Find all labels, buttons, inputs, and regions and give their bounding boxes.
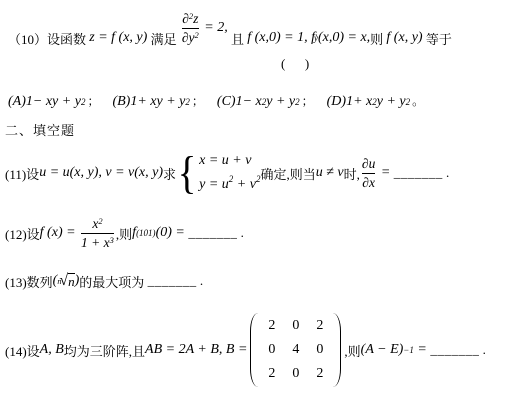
q11-case-row-2: y = u2 + v2 [199,174,260,193]
q14-matrix-b: 202040202 [250,313,341,387]
section-2-heading: 二、填空题 [5,119,75,139]
matrix-grid: 202040202 [259,313,332,387]
q11-determined-label: 确定,则当 [260,164,315,183]
q10-equals-two: = 2, [201,20,228,36]
option-c: (C)1− x2y + y2； [217,92,314,110]
q10-and-label: 且 [228,29,248,48]
q10-satisfies-label: 满足 [147,29,180,48]
q11-partial-fraction: ∂u∂x [362,155,375,191]
radical-sign: √ [59,272,68,290]
q10-condition-2: (x,0) = x, [318,30,370,46]
matrix-cell: 2 [268,366,275,382]
q10-answer-parentheses: ( ) [281,56,309,72]
q10-then-label: 则 [370,29,386,48]
q10-function-def: z = f (x, y) [89,30,147,46]
q14-period: . [479,342,486,358]
matrix-cell: 2 [268,318,275,334]
q11-equation-system: x = u + vy = u2 + v2 [199,153,260,193]
q11-uv-defs: u = u(x, y), v = v(x, y) [39,165,163,181]
option-b: (B)1+ xy + y2； [112,92,203,110]
q11-prefix: (11)设 [5,164,39,183]
q10-prefix: （10）设函数 [8,29,89,48]
matrix-cell: 0 [292,366,299,382]
option-c-separator: ； [302,92,314,109]
q12-frac-numerator: x2 [92,215,102,233]
question-10: （10）设函数 z = f (x, y) 满足 ∂2z∂y2 = 2, 且 f … [8,14,452,62]
q13-max-term-label: 的最大项为 [79,272,147,291]
q13-answer-blank: _______ [148,273,197,289]
option-d-separator: 。 [412,92,424,109]
q10-options: (A)1− xy + y2； (B)1+ xy + y2； (C)1− x2y … [8,88,437,114]
matrix-cell: 2 [316,318,323,334]
q12-fraction: x21 + x3 [81,215,114,251]
question-13: (13)数列(n√n)的最大项为 _______ . [5,268,203,294]
q11-solve-label: 求 [163,164,176,183]
q12-then-label: ,则 [116,224,132,243]
cases-brace: { [178,150,197,196]
q14-answer-blank: _______ [430,342,479,358]
q11-equals-sign: = [377,165,393,181]
q11-answer-blank: _______ [394,165,443,181]
q14-then-label: ,则 [344,341,360,360]
q14-matrix-equation: AB = 2A + B, B = [145,342,247,358]
q12-prefix: (12)设 [5,224,40,243]
matrix-cell: 4 [292,342,299,358]
section-2-title: 二、填空题 [5,120,75,139]
q13-prefix: (13)数列 [5,272,53,291]
q12-frac-denominator: 1 + x3 [81,233,114,252]
option-c-label: (C) [217,94,236,110]
q11-period: . [443,165,450,181]
option-d: (D)1+ x2y + y2。 [327,92,425,110]
q13-period: . [197,273,204,289]
matrix-cell: 0 [268,342,275,358]
q11-case-row-1: x = u + v [199,153,251,169]
matrix-cell: 0 [292,318,299,334]
question-11: (11)设u = u(x, y), v = v(x, y)求{x = u + v… [5,146,449,200]
q14-a-minus-e: (A − E) [361,342,404,358]
q10-frac-denominator: ∂y2 [182,28,199,47]
q10-partial-fraction: ∂2z∂y2 [182,10,199,46]
q14-inverse-exponent: −1 [403,345,414,355]
question-14: (14)设A, B均为三阶阵,且AB = 2A + B, B =20204020… [5,310,486,390]
q11-u-neq-v: u ≠ v [316,165,344,181]
q10-target-function: f (x, y) [386,30,422,46]
q12-at-zero: (0) = [156,225,189,241]
matrix-cell: 0 [316,342,323,358]
matrix-cell: 2 [316,366,323,382]
q11-when-label: 时, [344,164,360,183]
option-b-separator: ； [192,92,204,109]
option-b-label: (B) [112,94,130,110]
q10-frac-numerator: ∂2z [182,10,198,28]
q12-function-def: f (x) = [40,225,79,241]
q10-equals-label: 等于 [423,29,452,48]
q14-prefix: (14)设 [5,341,40,360]
q12-derivative-order: (101) [136,228,156,238]
option-d-label: (D) [327,94,346,110]
q14-third-order-label: 均为三阶阵,且 [64,341,145,360]
q10-condition-1: f (x,0) = 1, f [247,30,315,46]
exam-page: （10）设函数 z = f (x, y) 满足 ∂2z∂y2 = 2, 且 f … [0,0,521,394]
q14-equals-sign: = [414,342,430,358]
option-a: (A)1− xy + y2； [8,92,99,110]
q12-period: . [237,225,244,241]
matrix-paren-right [332,313,341,387]
option-a-separator: ； [87,92,99,109]
question-12: (12)设f (x) = x21 + x3,则f(101)(0) = _____… [5,208,244,258]
q10-pde-equation: ∂2z∂y2 = 2, [180,10,228,46]
matrix-paren-left [250,313,259,387]
q14-ab-symbols: A, B [40,342,64,358]
option-a-label: (A) [8,94,26,110]
answer-paren-blank: ( ) [281,56,309,72]
q12-answer-blank: _______ [188,225,237,241]
